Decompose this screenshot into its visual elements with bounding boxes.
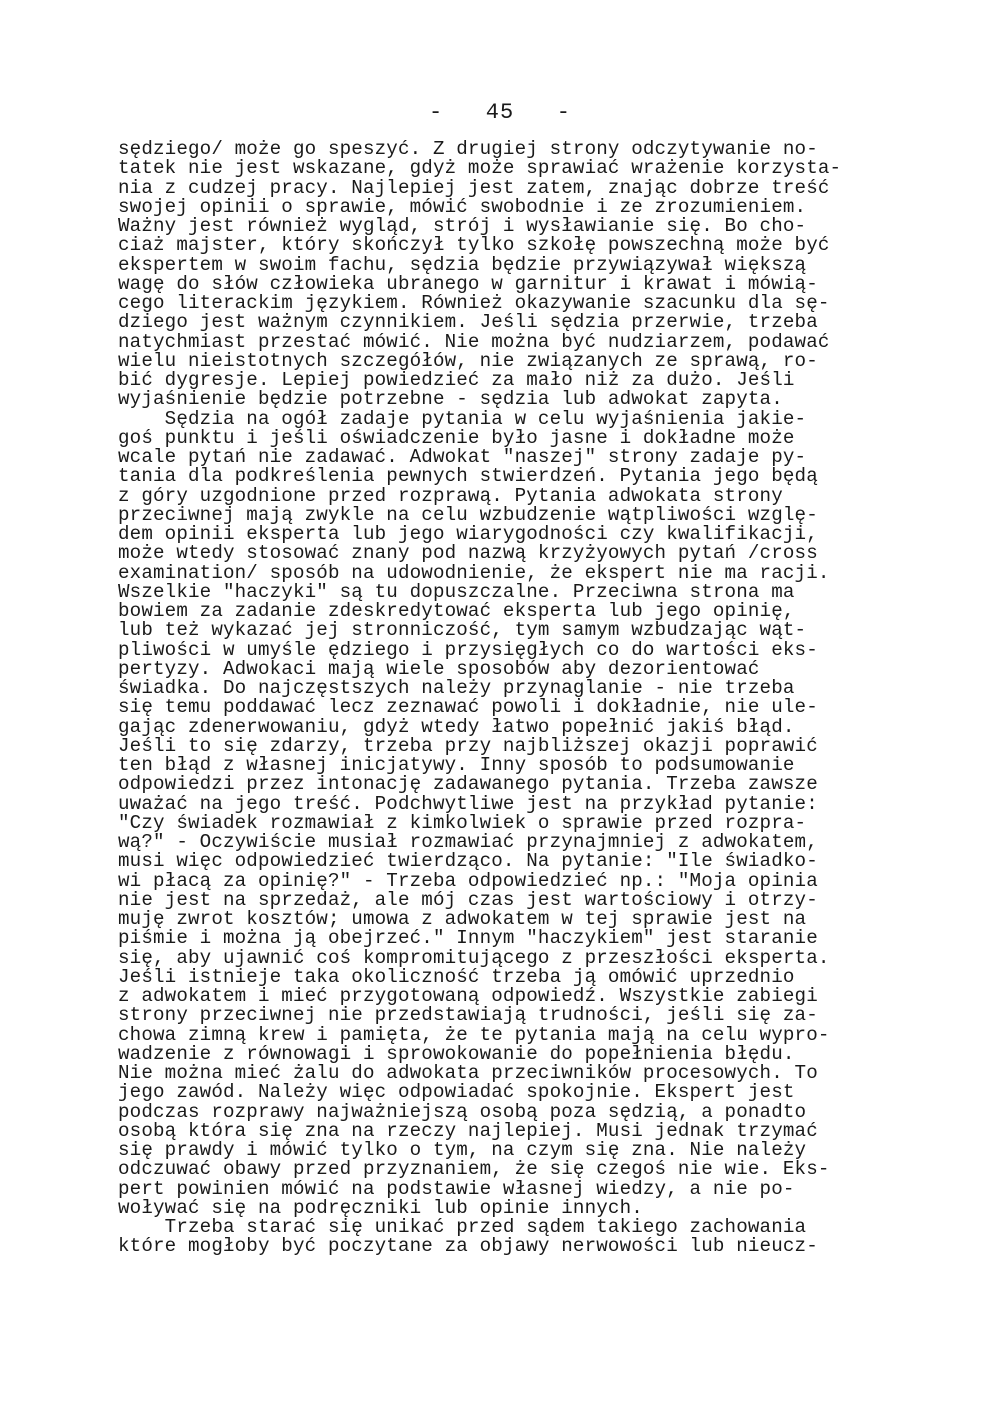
- page-number: - 45 -: [0, 100, 1000, 125]
- text-line: uważać na jego treść. Podchwytliwe jest …: [118, 795, 898, 814]
- text-line: natychmiast przestać mówić. Nie można by…: [118, 333, 898, 352]
- text-line: dziego jest ważnym czynnikiem. Jeśli sęd…: [118, 313, 898, 332]
- text-line: się, aby ujawnić coś kompromitującego z …: [118, 949, 898, 968]
- text-line: ekspertem w swoim fachu, sędzia będzie p…: [118, 256, 898, 275]
- text-line: odczuwać obawy przed przyznaniem, że się…: [118, 1160, 898, 1179]
- text-line: może wtedy stosować znany pod nazwą krzy…: [118, 544, 898, 563]
- text-line: musi więc odpowiedzieć twierdząco. Na py…: [118, 852, 898, 871]
- text-line: nia z cudzej pracy. Najlepiej jest zatem…: [118, 179, 898, 198]
- text-line: podczas rozprawy najważniejszą osobą poz…: [118, 1103, 898, 1122]
- text-line: jego zawód. Należy więc odpowiadać spoko…: [118, 1083, 898, 1102]
- text-line: gając zdenerwowaniu, gdyż wtedy łatwo po…: [118, 718, 898, 737]
- text-line: pliwości w umyśle ędziego i przysięgłych…: [118, 641, 898, 660]
- text-line: odpowiedzi przez intonację zadawanego py…: [118, 775, 898, 794]
- text-line: wi płacą za opinię?" - Trzeba odpowiedzi…: [118, 872, 898, 891]
- text-line: examination/ sposób na udowodnienie, że …: [118, 564, 898, 583]
- text-line: które mogłoby być poczytane za objawy ne…: [118, 1237, 898, 1256]
- text-line: strony przeciwnej nie przedstawiają trud…: [118, 1006, 898, 1025]
- text-line: z góry uzgodnione przed rozprawą. Pytani…: [118, 487, 898, 506]
- text-line: lub też wykazać jej stronniczość, tym sa…: [118, 621, 898, 640]
- text-line: Sędzia na ogół zadaje pytania w celu wyj…: [118, 410, 898, 429]
- text-line: wyjaśnienie będzie potrzebne - sędzia lu…: [118, 390, 898, 409]
- body-text: sędziego/ może go speszyć. Z drugiej str…: [118, 140, 898, 1257]
- text-line: ciaż majster, który skończył tylko szkoł…: [118, 236, 898, 255]
- text-line: piśmie i można ją obejrzeć." Innym "hacz…: [118, 929, 898, 948]
- text-line: tatek nie jest wskazane, gdyż może spraw…: [118, 159, 898, 178]
- text-line: się temu poddawać lecz zeznawać powoli i…: [118, 698, 898, 717]
- text-line: chowa zimną krew i pamięta, że te pytani…: [118, 1026, 898, 1045]
- text-line: pert powinien mówić na podstawie własnej…: [118, 1180, 898, 1199]
- text-line: tania dla podkreślenia pewnych stwierdze…: [118, 467, 898, 486]
